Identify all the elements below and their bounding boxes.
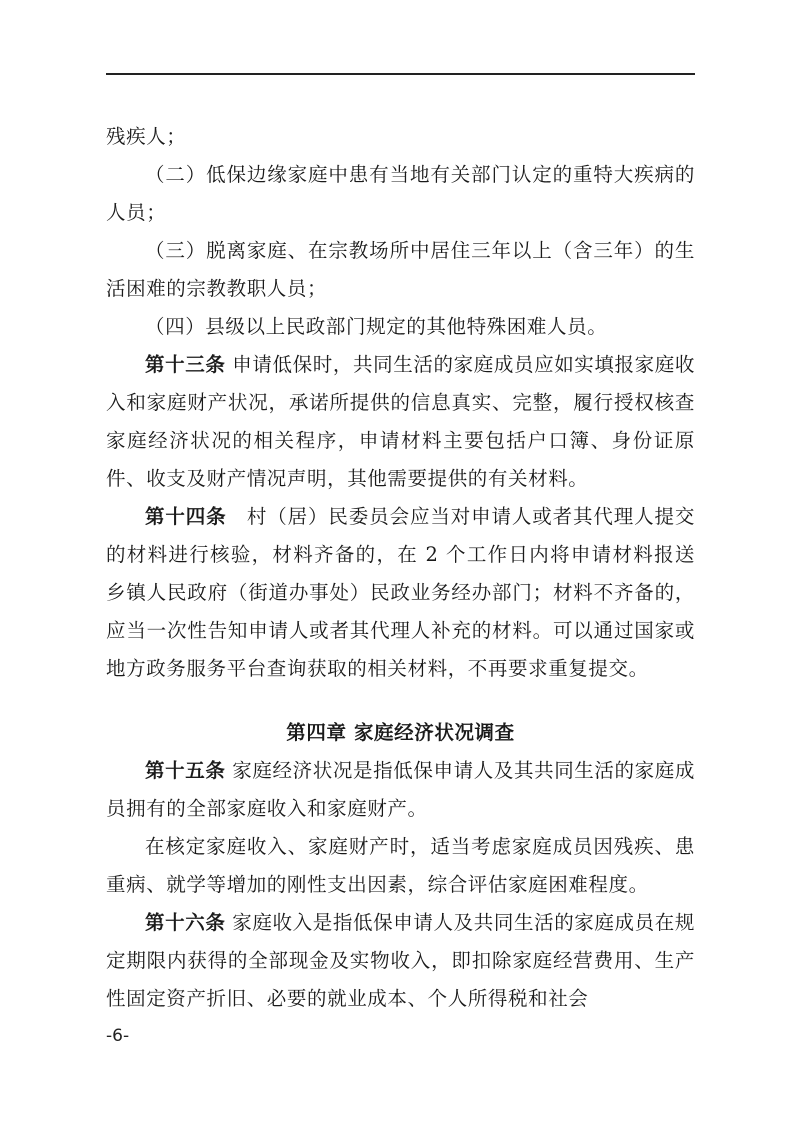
document-body: 残疾人； （二）低保边缘家庭中患有当地有关部门认定的重特大疾病的人员； （三）脱… <box>106 118 695 1018</box>
header-rule <box>106 73 695 75</box>
list-item-2: （二）低保边缘家庭中患有当地有关部门认定的重特大疾病的人员； <box>106 156 695 232</box>
chapter-title: 第四章 家庭经济状况调查 <box>106 714 695 752</box>
article-15: 第十五条 家庭经济状况是指低保申请人及其共同生活的家庭成员拥有的全部家庭收入和家… <box>106 752 695 828</box>
paragraph-text: 在核定家庭收入、家庭财产时，适当考虑家庭成员因残疾、患重病、就学等增加的刚性支出… <box>106 835 695 896</box>
article-text: 村（居）民委员会应当对申请人或者其代理人提交的材料进行核验，材料齐备的，在 2 … <box>106 505 695 680</box>
paragraph-text: （四）县级以上民政部门规定的其他特殊困难人员。 <box>145 315 607 338</box>
article-heading: 第十四条 <box>145 505 227 528</box>
article-heading: 第十六条 <box>145 911 225 934</box>
paragraph-text: （二）低保边缘家庭中患有当地有关部门认定的重特大疾病的人员； <box>106 163 695 224</box>
page-number: -6- <box>106 1026 129 1046</box>
paragraph-continuation: 残疾人； <box>106 118 695 156</box>
article-heading: 第十三条 <box>145 353 225 376</box>
list-item-4: （四）县级以上民政部门规定的其他特殊困难人员。 <box>106 308 695 346</box>
paragraph-text: （三）脱离家庭、在宗教场所中居住三年以上（含三年）的生活困难的宗教教职人员； <box>106 239 695 300</box>
article-16: 第十六条 家庭收入是指低保申请人及共同生活的家庭成员在规定期限内获得的全部现金及… <box>106 904 695 1018</box>
article-heading: 第十五条 <box>145 759 225 782</box>
paragraph: 在核定家庭收入、家庭财产时，适当考虑家庭成员因残疾、患重病、就学等增加的刚性支出… <box>106 828 695 904</box>
list-item-3: （三）脱离家庭、在宗教场所中居住三年以上（含三年）的生活困难的宗教教职人员； <box>106 232 695 308</box>
article-14: 第十四条 村（居）民委员会应当对申请人或者其代理人提交的材料进行核验，材料齐备的… <box>106 498 695 688</box>
paragraph-text: 残疾人； <box>106 125 186 148</box>
article-13: 第十三条 申请低保时，共同生活的家庭成员应如实填报家庭收入和家庭财产状况，承诺所… <box>106 346 695 498</box>
